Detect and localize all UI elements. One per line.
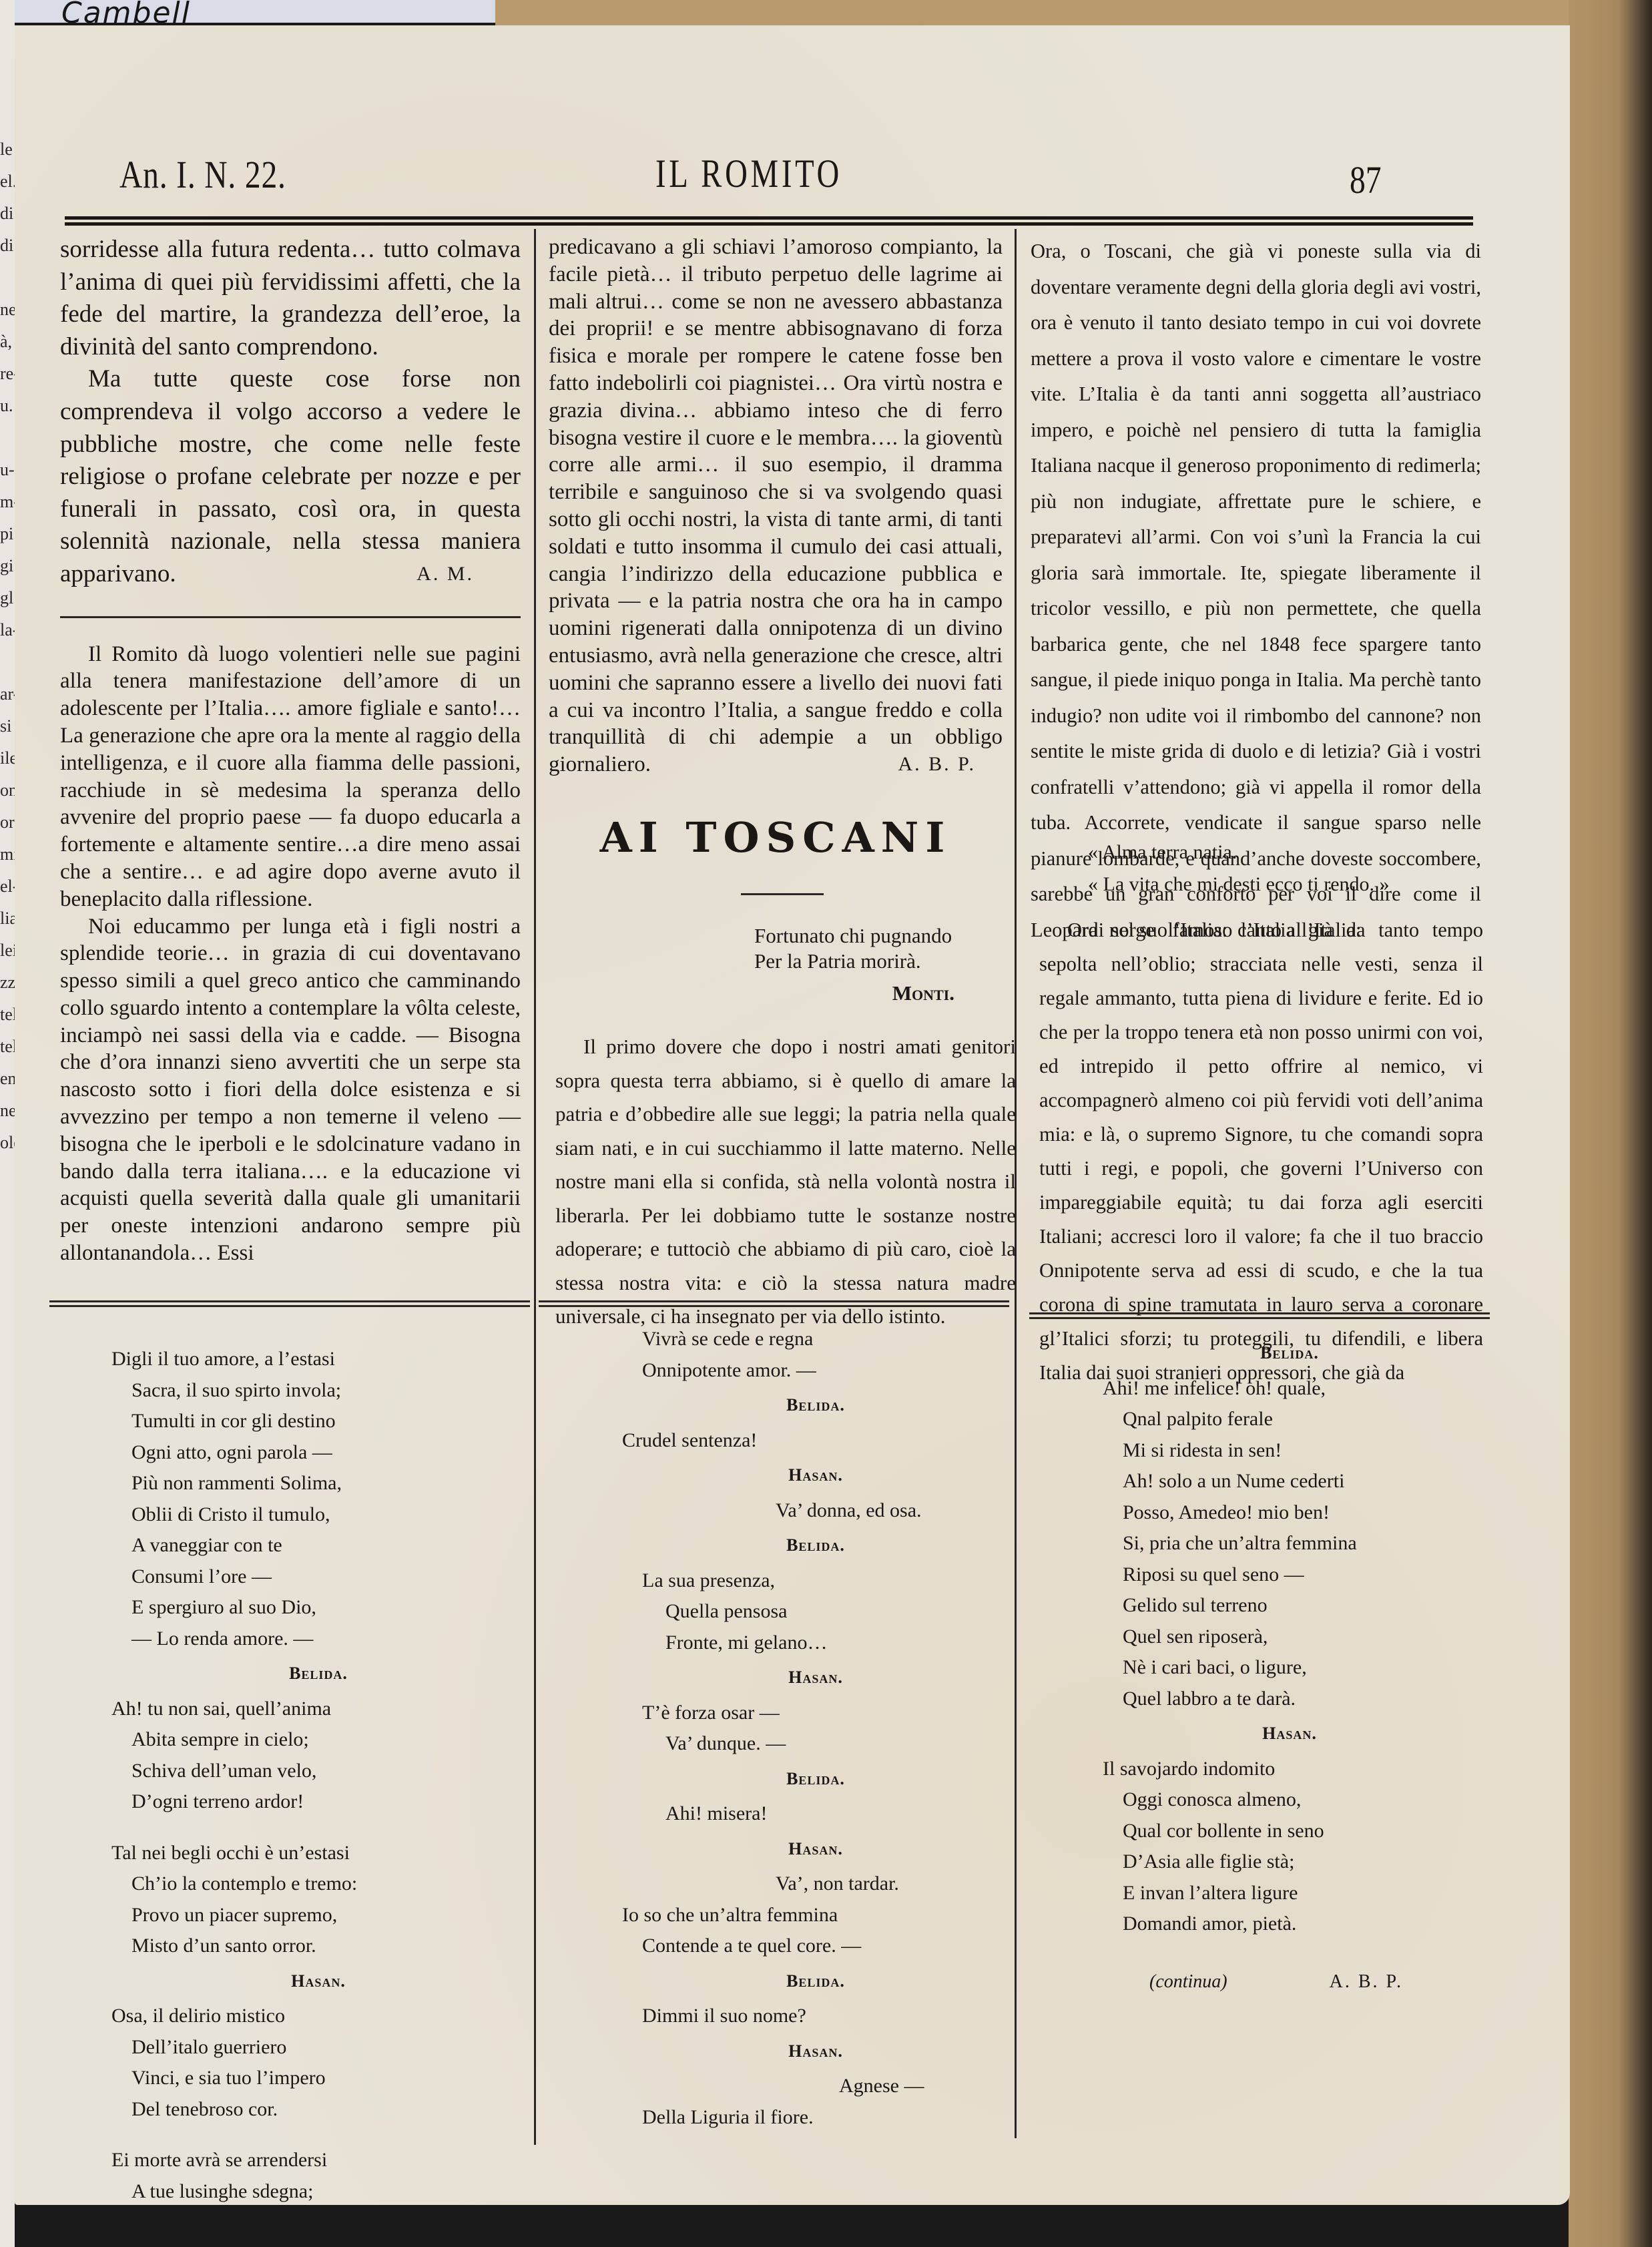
margin-fragment: di	[0, 230, 15, 262]
margin-fragment: gl	[0, 582, 15, 614]
verse-line: Il savojardo indomito	[1103, 1754, 1476, 1785]
margin-fragment: di	[0, 198, 15, 230]
article-paragraph: predicavano a gli schiavi l’amoroso comp…	[549, 234, 1003, 778]
margin-fragment: ar-	[0, 678, 15, 710]
verse-line: Mi si ridesta in sen!	[1103, 1435, 1476, 1467]
section-title-ai-toscani: AI TOSCANI	[549, 813, 1003, 862]
verse-line: Ahi! misera!	[622, 1798, 1009, 1830]
speaker-name: Belida.	[622, 1390, 1009, 1421]
verse-line: Onnipotente amor. —	[622, 1355, 1009, 1387]
verse-column-1: Digli il tuo amore, a l’estasiSacra, il …	[111, 1344, 525, 2207]
margin-fragment: à,	[0, 326, 15, 358]
verse-line: Riposi su quel seno —	[1103, 1559, 1476, 1591]
speaker-name: Hasan.	[1103, 1718, 1476, 1750]
issue-number: An. I. N. 22.	[119, 152, 286, 197]
margin-fragment: en-	[0, 1063, 15, 1095]
verse-line: Contende a te quel core. —	[622, 1931, 1009, 1962]
verse-footer: (continua)A. B. P.	[1103, 1967, 1476, 1998]
verse-line: Fronte, mi gelano…	[622, 1628, 1009, 1659]
speaker-name: Hasan.	[111, 1966, 525, 1997]
verse-line: Oblii di Cristo il tumulo,	[111, 1499, 525, 1531]
verse-line: Tal nei begli occhi è un’estasi	[111, 1838, 525, 1869]
margin-fragment	[0, 422, 15, 454]
verse-column-3: Belida.Ahi! me infelice! oh! quale,Qnal …	[1103, 1334, 1476, 1997]
quote-line: « Alma terra natia.	[1088, 836, 1462, 868]
column-1-prose: sorridesse alla futura redenta… tutto co…	[60, 234, 521, 1267]
verse-line: Qual cor bollente in seno	[1103, 1816, 1476, 1847]
verse-line: D’ogni terreno ardor!	[111, 1786, 525, 1818]
speaker-name: Belida.	[622, 1966, 1009, 1997]
column-rule-3	[534, 1317, 536, 2145]
title-underline	[741, 893, 824, 895]
margin-fragment: lei	[0, 935, 15, 967]
verse-line: Della Liguria il fiore.	[622, 2102, 1009, 2134]
verse-line: Del tenebroso cor.	[111, 2094, 525, 2126]
verse-line: Dimmi il suo nome?	[622, 2001, 1009, 2032]
verse-line: Abita sempre in cielo;	[111, 1724, 525, 1756]
margin-fragment: zza	[0, 967, 15, 999]
epigraph-line: Fortunato chi pugnando	[754, 923, 954, 949]
margin-fragment: lia	[0, 903, 15, 935]
verse-line: Posso, Amedeo! mio ben!	[1103, 1497, 1476, 1529]
verse-line: T’è forza osar —	[622, 1698, 1009, 1729]
verse-line: Quella pensosa	[622, 1596, 1009, 1628]
margin-fragment: ile	[0, 742, 15, 774]
verse-line: Più non rammenti Solima,	[111, 1468, 525, 1499]
verse-line: Schiva dell’uman velo,	[111, 1756, 525, 1787]
margin-fragment	[0, 646, 15, 678]
speaker-name: Belida.	[111, 1658, 525, 1690]
author-signature: A. B. P.	[1330, 1967, 1403, 1998]
verse-line: Io so che un’altra femmina	[622, 1900, 1009, 1931]
margin-fragment: m-	[0, 486, 15, 518]
epigraph-author: Monti.	[754, 981, 954, 1006]
verse-line: Dell’italo guerriero	[111, 2032, 525, 2063]
verse-line: A tue lusinghe sdegna;	[111, 2176, 525, 2208]
verse-column-2: Vivrà se cede e regnaOnnipotente amor. —…	[622, 1324, 1009, 2133]
page-number: 87	[1350, 158, 1382, 202]
margin-fragment: u.	[0, 390, 15, 422]
margin-fragment: gi	[0, 550, 15, 582]
margin-fragment: el.	[0, 166, 15, 198]
column-rule-4	[1015, 1317, 1017, 2138]
article-separator	[60, 616, 521, 618]
speaker-name: Hasan.	[622, 2036, 1009, 2067]
verse-line: Misto d’un santo orror.	[111, 1931, 525, 1962]
margin-fragment: re-	[0, 358, 15, 390]
margin-fragment: tel	[0, 1031, 15, 1063]
handwritten-label: Cambell	[15, 0, 495, 23]
margin-fragment: tel	[0, 999, 15, 1031]
verse-line: Ch’io la contemplo e tremo:	[111, 1868, 525, 1900]
column-rule-1	[534, 229, 536, 1320]
column-2-prose: predicavano a gli schiavi l’amoroso comp…	[549, 234, 1003, 778]
verse-line: Vivrà se cede e regna	[622, 1324, 1009, 1355]
verse-line: Quel labbro a te darà.	[1103, 1684, 1476, 1715]
speaker-name: Hasan.	[622, 1662, 1009, 1694]
verse-line: Consumi l’ore —	[111, 1561, 525, 1593]
margin-fragment: ne	[0, 1095, 15, 1127]
article-paragraph: Il Romito dà luogo volentieri nelle sue …	[60, 641, 521, 913]
verse-line: Digli il tuo amore, a l’estasi	[111, 1344, 525, 1375]
verse-line: Nè i cari baci, o ligure,	[1103, 1652, 1476, 1684]
epigraph: Fortunato chi pugnando Per la Patria mor…	[754, 923, 954, 1006]
margin-fragment: or-	[0, 806, 15, 838]
masthead: An. I. N. 22. IL ROMITO 87	[15, 25, 1570, 226]
continuation-note: (continua)	[1149, 1967, 1227, 1998]
verse-separator-2	[539, 1300, 1009, 1307]
verse-line: E invan l’altera ligure	[1103, 1878, 1476, 1909]
verse-line: Qnal palpito ferale	[1103, 1404, 1476, 1435]
speaker-name: Belida.	[622, 1764, 1009, 1795]
verse-line: Va’ donna, ed osa.	[622, 1495, 1009, 1527]
verse-line: Gelido sul terreno	[1103, 1590, 1476, 1621]
verse-line: Crudel sentenza!	[622, 1425, 1009, 1457]
margin-fragment: el-	[0, 870, 15, 903]
speaker-name: Belida.	[622, 1530, 1009, 1561]
margin-fragment: u-	[0, 454, 15, 486]
verse-line: Quel sen riposerà,	[1103, 1621, 1476, 1653]
verse-line: Ah! tu non sai, quell’anima	[111, 1694, 525, 1725]
margin-fragment: la-	[0, 614, 15, 646]
ai-toscani-body-1: Il primo dovere che dopo i nostri amati …	[555, 1030, 1016, 1334]
article-paragraph: Il primo dovere che dopo i nostri amati …	[555, 1030, 1016, 1334]
verse-line: Tumulti in cor gli destino	[111, 1406, 525, 1437]
verse-line: Oggi conosca almeno,	[1103, 1784, 1476, 1816]
verse-line: La sua presenza,	[622, 1565, 1009, 1597]
previous-page-margin-fragments: leel.didineà,re-u.u-m-pigiglla-ar-siileo…	[0, 134, 15, 1295]
epigraph-line: Per la Patria morirà.	[754, 949, 954, 974]
verse-separator-1	[49, 1300, 530, 1307]
verse-line: D’Asia alle figlie stà;	[1103, 1846, 1476, 1878]
article-paragraph: Noi educammo per lunga età i figli nostr…	[60, 913, 521, 1267]
speaker-name: Hasan.	[622, 1460, 1009, 1491]
verse-line: Ogni atto, ogni parola —	[111, 1437, 525, 1469]
article-paragraph: sorridesse alla futura redenta… tutto co…	[60, 234, 521, 363]
verse-line: Ahi! me infelice! oh! quale,	[1103, 1373, 1476, 1405]
verse-line: Va’, non tardar.	[622, 1868, 1009, 1900]
margin-fragment: on-	[0, 774, 15, 806]
article-paragraph: Ma tutte queste cose forse non comprende…	[60, 363, 521, 590]
quote-line: « La vita che mi desti ecco ti rendo. »	[1088, 868, 1462, 901]
verse-line: Ah! solo a un Nume cederti	[1103, 1466, 1476, 1497]
verse-line: Va’ dunque. —	[622, 1728, 1009, 1760]
speaker-name: Hasan.	[622, 1834, 1009, 1865]
newspaper-title: IL ROMITO	[655, 151, 842, 197]
margin-fragment: ne	[0, 294, 15, 326]
margin-fragment: ole	[0, 1127, 15, 1159]
masthead-double-rule	[65, 216, 1473, 226]
margin-fragment: si	[0, 710, 15, 742]
verse-line: Vinci, e sia tuo l’impero	[111, 2063, 525, 2094]
margin-fragment: le	[0, 134, 15, 166]
margin-fragment	[0, 262, 15, 294]
backdrop-right-edge	[1569, 0, 1652, 2247]
stanza-gap	[111, 2125, 525, 2145]
margin-fragment: pi	[0, 518, 15, 550]
verse-line: Agnese —	[622, 2071, 1009, 2102]
verse-separator-3	[1029, 1312, 1490, 1319]
verse-line: Osa, il delirio mistico	[111, 2001, 525, 2032]
verse-line: Domandi amor, pietà.	[1103, 1909, 1476, 1940]
verse-line: E spergiuro al suo Dio,	[111, 1592, 525, 1624]
stanza-gap	[111, 1818, 525, 1838]
verse-line: Sacra, il suo spirto invola;	[111, 1375, 525, 1407]
verse-line: A vaneggiar con te	[111, 1530, 525, 1561]
verse-line: — Lo renda amore. —	[111, 1624, 525, 1655]
verse-line: Si, pria che un’altra femmina	[1103, 1528, 1476, 1559]
newspaper-page: An. I. N. 22. IL ROMITO 87 sorridesse al…	[15, 25, 1570, 2205]
leopardi-quote: « Alma terra natia. « La vita che mi des…	[1088, 836, 1462, 901]
verse-line: Ei morte avrà se arrendersi	[111, 2145, 525, 2176]
margin-fragment: mi	[0, 838, 15, 870]
verse-line: Provo un piacer supremo,	[111, 1900, 525, 1931]
speaker-name: Belida.	[1103, 1338, 1476, 1369]
